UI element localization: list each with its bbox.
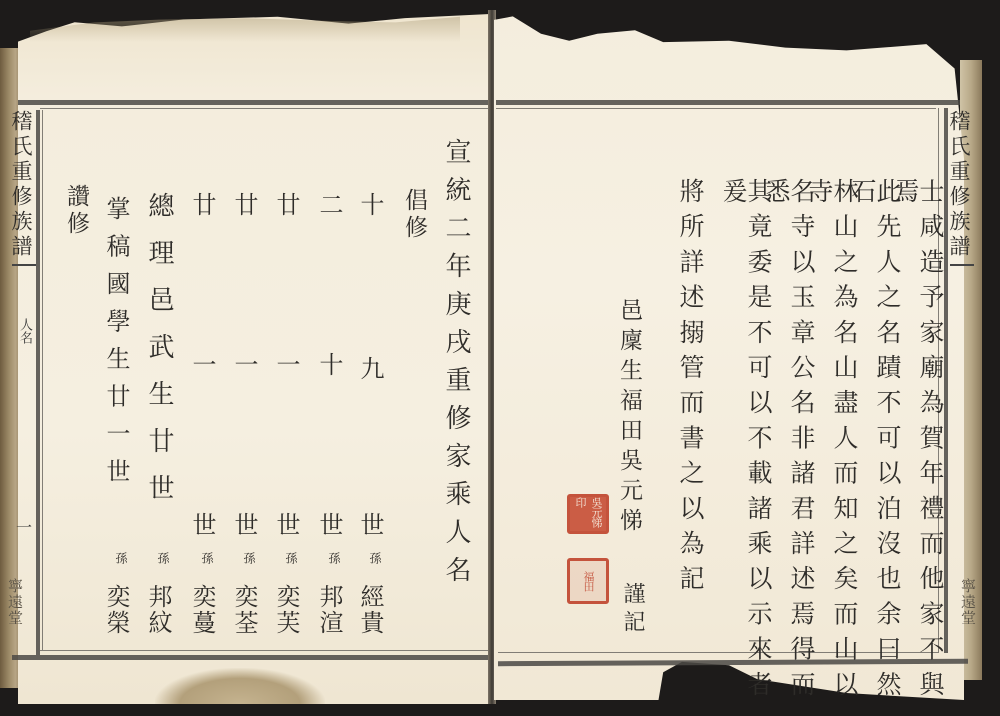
essay-column-6: 將所詳述搦管而書之以為記 [678, 178, 703, 600]
generation-shi: 世 [274, 512, 298, 536]
generation-digit: 一 [274, 352, 298, 376]
right-margin-hall-name: 寧遠堂 [958, 578, 979, 626]
right-frame-top-inner [496, 108, 936, 109]
left-frame-side-inner [42, 110, 43, 650]
member-name: 邦紋 [146, 584, 170, 636]
left-frame-side [36, 110, 40, 655]
sun-label: 孫 [328, 552, 340, 564]
red-seal-stamp-top: 吳元悌印 [567, 494, 609, 534]
red-seal-stamp-bottom: 福田 [567, 558, 609, 604]
sun-label: 孫 [243, 552, 255, 564]
drafter-title: 掌稿國學生廿一世 [104, 196, 128, 496]
left-frame-bottom-inner [40, 650, 488, 651]
generation-digit: 九 [358, 356, 382, 380]
left-margin-book-title: 𥡴氏重修族譜 [12, 108, 36, 266]
left-heading-title: 宣統二年庚戌重修家乘人名 [443, 138, 469, 594]
generation-digit: 廿 [190, 192, 214, 216]
sun-label: 孫 [285, 552, 297, 564]
member-name: 奕芙 [274, 584, 298, 636]
essay-column-5: 其竟委是不可以不載諸乘以示來者爰 [721, 178, 771, 716]
member-name: 奕榮 [104, 584, 128, 636]
member-name: 奕蔓 [190, 584, 214, 636]
left-frame-top-inner [40, 108, 488, 109]
role-co-editor: 讚修 [64, 184, 87, 238]
manager-title: 總理邑武生廿世 [146, 192, 172, 521]
sun-label: 孫 [201, 552, 213, 564]
right-margin-book-title: 𥡴氏重修族譜 [950, 108, 974, 266]
left-margin-section-label: 人名 [15, 318, 34, 344]
generation-digit: 廿 [232, 192, 256, 216]
generation-shi: 世 [190, 512, 214, 536]
generation-digit: 一 [232, 352, 256, 376]
right-frame-top [496, 100, 960, 105]
member-name: 經貴 [358, 584, 382, 636]
author-signature: 邑廩生福田吳元悌 [617, 298, 640, 538]
left-margin-hall-name: 寧遠堂 [5, 578, 26, 626]
generation-shi: 世 [317, 512, 341, 536]
generation-digit: 一 [190, 352, 214, 376]
sun-label: 孫 [157, 552, 169, 564]
genealogy-book-spread: 𥡴氏重修族譜 人名 一 寧遠堂 宣統二年庚戌重修家乘人名 倡修 十 九 世 孫 … [0, 0, 1000, 716]
generation-digit: 廿 [274, 192, 298, 216]
left-frame-top [18, 100, 488, 105]
generation-digit: 十 [358, 192, 382, 216]
sun-label: 孫 [369, 552, 381, 564]
left-page-torn-bottom [155, 668, 325, 704]
generation-digit: 二 [317, 192, 341, 216]
generation-shi: 世 [358, 512, 382, 536]
closing-signature: 謹記 [621, 582, 643, 638]
left-margin-folio-number: 一 [16, 515, 32, 538]
generation-shi: 世 [232, 512, 256, 536]
member-name: 邦渲 [317, 584, 341, 636]
role-initiator: 倡修 [402, 188, 425, 242]
generation-digit: 十 [317, 352, 341, 376]
member-name: 奕荃 [232, 584, 256, 636]
sun-label: 孫 [115, 552, 127, 564]
left-frame-bottom [12, 655, 488, 660]
left-page-torn-edge [30, 14, 460, 42]
